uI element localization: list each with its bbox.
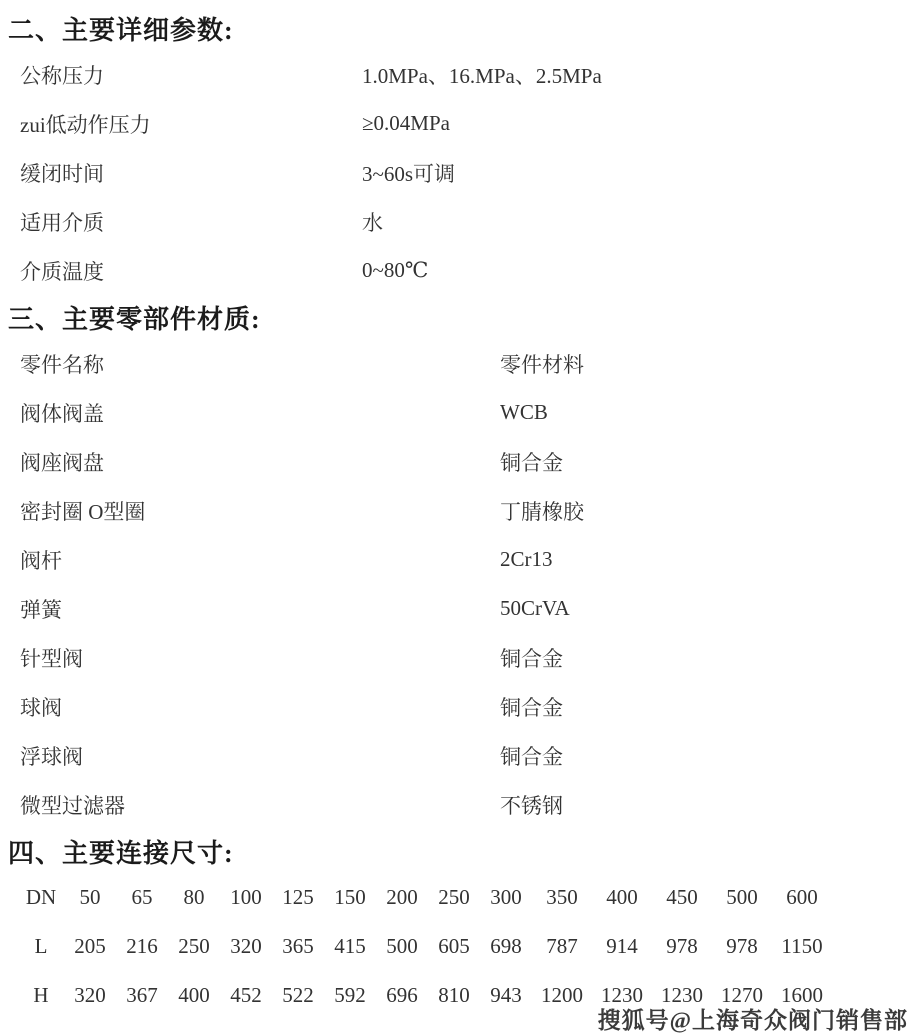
table-row: 浮球阀 铜合金: [0, 731, 914, 780]
dim-value: 978: [712, 934, 772, 959]
param-label: zui低动作压力: [20, 109, 362, 139]
dim-value: 400: [168, 983, 220, 1008]
dim-value: 350: [532, 885, 592, 910]
dim-value: 100: [220, 885, 272, 910]
part-material: 铜合金: [500, 741, 563, 771]
part-name: 微型过滤器: [20, 790, 500, 820]
section-heading-params: 二、主要详细参数:: [0, 6, 914, 50]
table-row: 针型阀 铜合金: [0, 633, 914, 682]
part-name: 球阀: [20, 692, 500, 722]
param-label: 适用介质: [20, 207, 362, 237]
dim-value: 205: [64, 934, 116, 959]
part-material: 2Cr13: [500, 547, 553, 572]
dim-value: 1200: [532, 983, 592, 1008]
dim-row-label: DN: [18, 885, 64, 910]
dim-value: 367: [116, 983, 168, 1008]
dim-value: 216: [116, 934, 168, 959]
table-row: 缓闭时间 3~60s可调: [0, 148, 914, 197]
part-name: 针型阀: [20, 643, 500, 673]
dim-value: 810: [428, 983, 480, 1008]
dim-value: 605: [428, 934, 480, 959]
table-row: 微型过滤器 不锈钢: [0, 780, 914, 829]
dim-value: 50: [64, 885, 116, 910]
dim-value: 415: [324, 934, 376, 959]
dim-value: 365: [272, 934, 324, 959]
dim-value: 400: [592, 885, 652, 910]
table-row-dn: DN 50 65 80 100 125 150 200 250 300 350 …: [0, 873, 914, 922]
dim-value: 125: [272, 885, 324, 910]
dim-value: 200: [376, 885, 428, 910]
dim-value: 978: [652, 934, 712, 959]
dim-value: 698: [480, 934, 532, 959]
document-page: 二、主要详细参数: 公称压力 1.0MPa、16.MPa、2.5MPa zui低…: [0, 0, 914, 1020]
table-row-l: L 205 216 250 320 365 415 500 605 698 78…: [0, 922, 914, 971]
dim-value: 522: [272, 983, 324, 1008]
dim-value: 500: [376, 934, 428, 959]
part-material: WCB: [500, 400, 548, 425]
param-value: 0~80℃: [362, 258, 428, 283]
dim-value: 787: [532, 934, 592, 959]
dim-value: 450: [652, 885, 712, 910]
part-name: 阀杆: [20, 545, 500, 575]
dim-value: 80: [168, 885, 220, 910]
part-name: 密封圈 O型圈: [20, 496, 500, 526]
param-value: 3~60s可调: [362, 158, 455, 188]
table-row: 阀杆 2Cr13: [0, 535, 914, 584]
param-value: ≥0.04MPa: [362, 111, 450, 136]
table-row: 零件名称 零件材料: [0, 339, 914, 388]
part-material: 50CrVA: [500, 596, 570, 621]
table-row: 弹簧 50CrVA: [0, 584, 914, 633]
part-material: 零件材料: [500, 349, 584, 379]
table-row: 密封圈 O型圈 丁腈橡胶: [0, 486, 914, 535]
dim-value: 1150: [772, 934, 832, 959]
dim-value: 592: [324, 983, 376, 1008]
dim-value: 250: [428, 885, 480, 910]
dim-value: 943: [480, 983, 532, 1008]
dim-value: 500: [712, 885, 772, 910]
section-heading-dimensions: 四、主要连接尺寸:: [0, 829, 914, 873]
dim-row-label: H: [18, 983, 64, 1008]
table-row: 公称压力 1.0MPa、16.MPa、2.5MPa: [0, 50, 914, 99]
dim-value: 320: [220, 934, 272, 959]
params-table: 公称压力 1.0MPa、16.MPa、2.5MPa zui低动作压力 ≥0.04…: [0, 50, 914, 295]
dim-value: 65: [116, 885, 168, 910]
dim-value: 300: [480, 885, 532, 910]
dim-value: 320: [64, 983, 116, 1008]
part-material: 铜合金: [500, 447, 563, 477]
dim-value: 600: [772, 885, 832, 910]
part-name: 阀体阀盖: [20, 398, 500, 428]
param-value: 水: [362, 207, 383, 237]
section-heading-materials: 三、主要零部件材质:: [0, 295, 914, 339]
dimensions-table: DN 50 65 80 100 125 150 200 250 300 350 …: [0, 873, 914, 1020]
table-row: zui低动作压力 ≥0.04MPa: [0, 99, 914, 148]
part-name: 零件名称: [20, 349, 500, 379]
part-material: 铜合金: [500, 643, 563, 673]
table-row: 阀体阀盖 WCB: [0, 388, 914, 437]
param-label: 缓闭时间: [20, 158, 362, 188]
sohu-watermark: 搜狐号@上海奇众阀门销售部: [598, 1002, 908, 1035]
part-name: 浮球阀: [20, 741, 500, 771]
part-material: 不锈钢: [500, 790, 563, 820]
part-material: 铜合金: [500, 692, 563, 722]
dim-row-label: L: [18, 934, 64, 959]
part-name: 弹簧: [20, 594, 500, 624]
dim-value: 250: [168, 934, 220, 959]
param-label: 公称压力: [20, 60, 362, 90]
dim-value: 914: [592, 934, 652, 959]
dim-value: 696: [376, 983, 428, 1008]
param-value: 1.0MPa、16.MPa、2.5MPa: [362, 60, 602, 90]
materials-table: 零件名称 零件材料 阀体阀盖 WCB 阀座阀盘 铜合金 密封圈 O型圈 丁腈橡胶…: [0, 339, 914, 829]
param-label: 介质温度: [20, 256, 362, 286]
table-row: 阀座阀盘 铜合金: [0, 437, 914, 486]
part-material: 丁腈橡胶: [500, 496, 584, 526]
table-row: 球阀 铜合金: [0, 682, 914, 731]
dim-value: 150: [324, 885, 376, 910]
table-row: 适用介质 水: [0, 197, 914, 246]
table-row: 介质温度 0~80℃: [0, 246, 914, 295]
part-name: 阀座阀盘: [20, 447, 500, 477]
dim-value: 452: [220, 983, 272, 1008]
